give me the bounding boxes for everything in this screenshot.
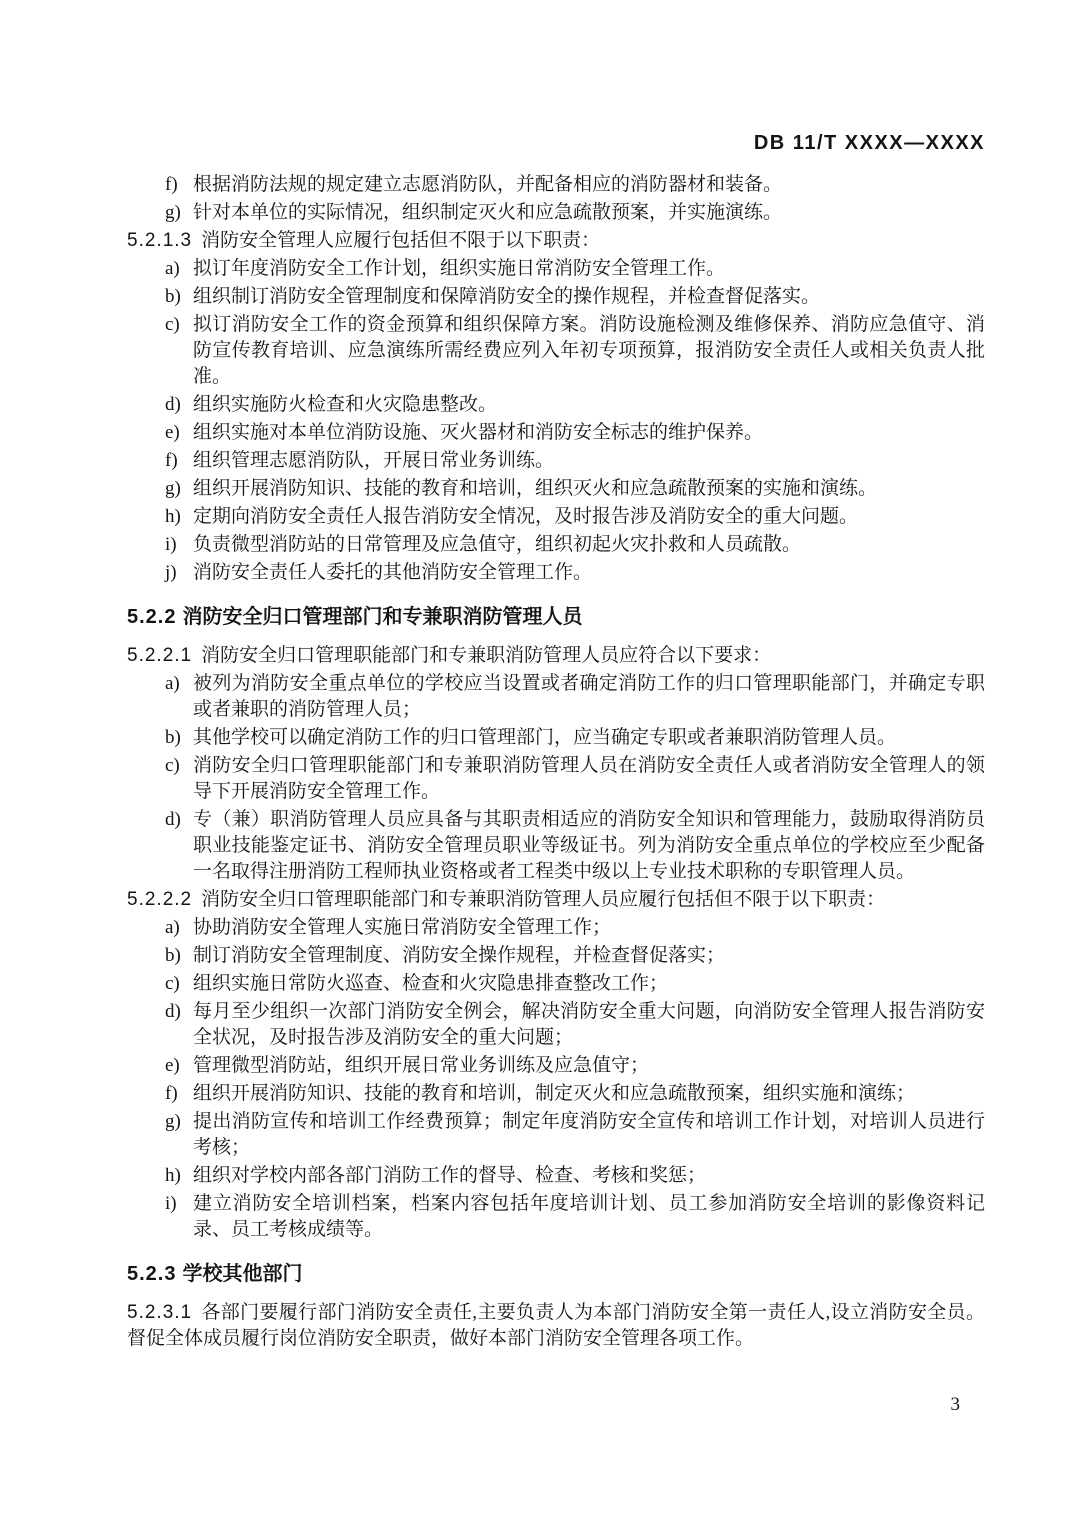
list-item: g) 针对本单位的实际情况，组织制定灭火和应急疏散预案，并实施演练。 xyxy=(127,200,985,226)
list-item-text: 拟订消防安全工作的资金预算和组织保障方案。消防设施检测及维修保养、消防应急值守、… xyxy=(193,314,985,387)
list-item-text: 组织开展消防知识、技能的教育和培训，制定灭火和应急疏散预案，组织实施和演练； xyxy=(193,1083,915,1104)
list-item-marker: d) xyxy=(165,999,181,1025)
list-item-marker: a) xyxy=(165,915,180,941)
list-item-marker: f) xyxy=(165,172,178,198)
document-body: f) 根据消防法规的规定建立志愿消防队，并配备相应的消防器材和装备。 g) 针对… xyxy=(127,172,985,1354)
list-item: b) 制订消防安全管理制度、消防安全操作规程，并检查督促落实； xyxy=(127,943,985,969)
list-item: h) 组织对学校内部各部门消防工作的督导、检查、考核和奖惩； xyxy=(127,1163,985,1189)
list-item: e) 管理微型消防站，组织开展日常业务训练及应急值守； xyxy=(127,1053,985,1079)
list-item-marker: h) xyxy=(165,1163,181,1189)
list-item-marker: h) xyxy=(165,504,181,530)
list-item-marker: f) xyxy=(165,1081,178,1107)
list-item-marker: c) xyxy=(165,971,180,997)
list-item-text: 负责微型消防站的日常管理及应急值守，组织初起火灾扑救和人员疏散。 xyxy=(193,534,801,555)
list-item: e) 组织实施对本单位消防设施、灭火器材和消防安全标志的维护保养。 xyxy=(127,420,985,446)
list-item-marker: i) xyxy=(165,1191,177,1217)
list-item-marker: j) xyxy=(165,560,177,586)
list-item-marker: e) xyxy=(165,1053,180,1079)
list-item-text: 消防安全归口管理职能部门和专兼职消防管理人员在消防安全责任人或者消防安全管理人的… xyxy=(193,755,985,802)
list-item-marker: b) xyxy=(165,943,181,969)
list-item: c) 消防安全归口管理职能部门和专兼职消防管理人员在消防安全责任人或者消防安全管… xyxy=(127,753,985,805)
list-item: f) 组织管理志愿消防队，开展日常业务训练。 xyxy=(127,448,985,474)
list-item-text: 组织对学校内部各部门消防工作的督导、检查、考核和奖惩； xyxy=(193,1165,706,1186)
document-page: DB 11/T XXXX—XXXX f) 根据消防法规的规定建立志愿消防队，并配… xyxy=(0,0,1080,1527)
section-heading-5-2-2: 5.2.2消防安全归口管理部门和专兼职消防管理人员 xyxy=(127,604,985,630)
list-item-text: 协助消防安全管理人实施日常消防安全管理工作； xyxy=(193,917,611,938)
list-item-text: 组织管理志愿消防队，开展日常业务训练。 xyxy=(193,450,554,471)
list-item: b) 其他学校可以确定消防工作的归口管理部门，应当确定专职或者兼职消防管理人员。 xyxy=(127,725,985,751)
clause-number: 5.2.1.3 xyxy=(127,230,192,251)
list-item: d) 专（兼）职消防管理人员应具备与其职责相适应的消防安全知识和管理能力，鼓励取… xyxy=(127,807,985,885)
list-item: f) 组织开展消防知识、技能的教育和培训，制定灭火和应急疏散预案，组织实施和演练… xyxy=(127,1081,985,1107)
list-item-marker: g) xyxy=(165,1109,181,1135)
section-number: 5.2.2 xyxy=(127,606,176,628)
clause-5-2-2-1: 5.2.2.1消防安全归口管理职能部门和专兼职消防管理人员应符合以下要求： xyxy=(127,643,985,669)
list-item-marker: d) xyxy=(165,392,181,418)
list-item-text: 组织实施防火检查和火灾隐患整改。 xyxy=(193,394,497,415)
list-item-text: 其他学校可以确定消防工作的归口管理部门，应当确定专职或者兼职消防管理人员。 xyxy=(193,727,896,748)
list-item-marker: a) xyxy=(165,671,180,697)
list-item: c) 拟订消防安全工作的资金预算和组织保障方案。消防设施检测及维修保养、消防应急… xyxy=(127,312,985,390)
list-item-marker: c) xyxy=(165,312,180,338)
list-item: f) 根据消防法规的规定建立志愿消防队，并配备相应的消防器材和装备。 xyxy=(127,172,985,198)
list-item: h) 定期向消防安全责任人报告消防安全情况，及时报告涉及消防安全的重大问题。 xyxy=(127,504,985,530)
list-item-marker: f) xyxy=(165,448,178,474)
clause-title: 消防安全归口管理职能部门和专兼职消防管理人员应履行包括但不限于以下职责： xyxy=(201,889,885,910)
clause-number: 5.2.2.2 xyxy=(127,889,192,910)
list-item: a) 协助消防安全管理人实施日常消防安全管理工作； xyxy=(127,915,985,941)
document-code-header: DB 11/T XXXX—XXXX xyxy=(754,132,985,155)
section-number: 5.2.3 xyxy=(127,1263,176,1285)
list-item: a) 被列为消防安全重点单位的学校应当设置或者确定消防工作的归口管理职能部门，并… xyxy=(127,671,985,723)
list-item-text: 拟订年度消防安全工作计划，组织实施日常消防安全管理工作。 xyxy=(193,258,725,279)
clause-5-2-3-1: 5.2.3.1各部门要履行部门消防安全责任,主要负责人为本部门消防安全第一责任人… xyxy=(127,1300,985,1352)
list-item-text: 组织实施对本单位消防设施、灭火器材和消防安全标志的维护保养。 xyxy=(193,422,763,443)
list-item-text: 管理微型消防站，组织开展日常业务训练及应急值守； xyxy=(193,1055,649,1076)
list-item-text: 定期向消防安全责任人报告消防安全情况，及时报告涉及消防安全的重大问题。 xyxy=(193,506,858,527)
list-item-marker: b) xyxy=(165,284,181,310)
list-item-marker: e) xyxy=(165,420,180,446)
list-item: g) 提出消防宣传和培训工作经费预算；制定年度消防安全宣传和培训工作计划，对培训… xyxy=(127,1109,985,1161)
list-item: d) 组织实施防火检查和火灾隐患整改。 xyxy=(127,392,985,418)
clause-title: 消防安全归口管理职能部门和专兼职消防管理人员应符合以下要求： xyxy=(201,645,771,666)
list-item-text: 每月至少组织一次部门消防安全例会，解决消防安全重大问题，向消防安全管理人报告消防… xyxy=(193,1001,985,1048)
list-item-marker: g) xyxy=(165,476,181,502)
clause-text: 各部门要履行部门消防安全责任,主要负责人为本部门消防安全第一责任人,设立消防安全… xyxy=(127,1302,985,1349)
list-item-text: 提出消防宣传和培训工作经费预算；制定年度消防安全宣传和培训工作计划，对培训人员进… xyxy=(193,1111,985,1158)
clause-title: 消防安全管理人应履行包括但不限于以下职责： xyxy=(201,230,600,251)
list-item-marker: i) xyxy=(165,532,177,558)
clause-5-2-2-2: 5.2.2.2消防安全归口管理职能部门和专兼职消防管理人员应履行包括但不限于以下… xyxy=(127,887,985,913)
list-item-marker: c) xyxy=(165,753,180,779)
list-item-text: 消防安全责任人委托的其他消防安全管理工作。 xyxy=(193,562,592,583)
section-title: 学校其他部门 xyxy=(182,1263,302,1285)
list-item: a) 拟订年度消防安全工作计划，组织实施日常消防安全管理工作。 xyxy=(127,256,985,282)
list-item: d) 每月至少组织一次部门消防安全例会，解决消防安全重大问题，向消防安全管理人报… xyxy=(127,999,985,1051)
list-item-text: 组织实施日常防火巡查、检查和火灾隐患排查整改工作； xyxy=(193,973,668,994)
page-number: 3 xyxy=(951,1394,961,1416)
list-item-marker: b) xyxy=(165,725,181,751)
list-item: j) 消防安全责任人委托的其他消防安全管理工作。 xyxy=(127,560,985,586)
list-item: b) 组织制订消防安全管理制度和保障消防安全的操作规程，并检查督促落实。 xyxy=(127,284,985,310)
list-item-marker: g) xyxy=(165,200,181,226)
list-item-text: 组织开展消防知识、技能的教育和培训，组织灭火和应急疏散预案的实施和演练。 xyxy=(193,478,877,499)
list-item-marker: a) xyxy=(165,256,180,282)
list-item-marker: d) xyxy=(165,807,181,833)
list-item-text: 组织制订消防安全管理制度和保障消防安全的操作规程，并检查督促落实。 xyxy=(193,286,820,307)
section-title: 消防安全归口管理部门和专兼职消防管理人员 xyxy=(182,606,582,628)
section-heading-5-2-3: 5.2.3学校其他部门 xyxy=(127,1261,985,1287)
list-item: i) 负责微型消防站的日常管理及应急值守，组织初起火灾扑救和人员疏散。 xyxy=(127,532,985,558)
list-item: c) 组织实施日常防火巡查、检查和火灾隐患排查整改工作； xyxy=(127,971,985,997)
clause-number: 5.2.3.1 xyxy=(127,1302,192,1323)
list-item-text: 制订消防安全管理制度、消防安全操作规程，并检查督促落实； xyxy=(193,945,725,966)
list-item-text: 建立消防安全培训档案，档案内容包括年度培训计划、员工参加消防安全培训的影像资料记… xyxy=(193,1193,985,1240)
clause-number: 5.2.2.1 xyxy=(127,645,192,666)
clause-5-2-1-3: 5.2.1.3消防安全管理人应履行包括但不限于以下职责： xyxy=(127,228,985,254)
list-item: g) 组织开展消防知识、技能的教育和培训，组织灭火和应急疏散预案的实施和演练。 xyxy=(127,476,985,502)
list-item: i) 建立消防安全培训档案，档案内容包括年度培训计划、员工参加消防安全培训的影像… xyxy=(127,1191,985,1243)
list-item-text: 专（兼）职消防管理人员应具备与其职责相适应的消防安全知识和管理能力，鼓励取得消防… xyxy=(193,809,985,882)
list-item-text: 针对本单位的实际情况，组织制定灭火和应急疏散预案，并实施演练。 xyxy=(193,202,782,223)
list-item-text: 根据消防法规的规定建立志愿消防队，并配备相应的消防器材和装备。 xyxy=(193,174,782,195)
list-item-text: 被列为消防安全重点单位的学校应当设置或者确定消防工作的归口管理职能部门，并确定专… xyxy=(193,673,985,720)
